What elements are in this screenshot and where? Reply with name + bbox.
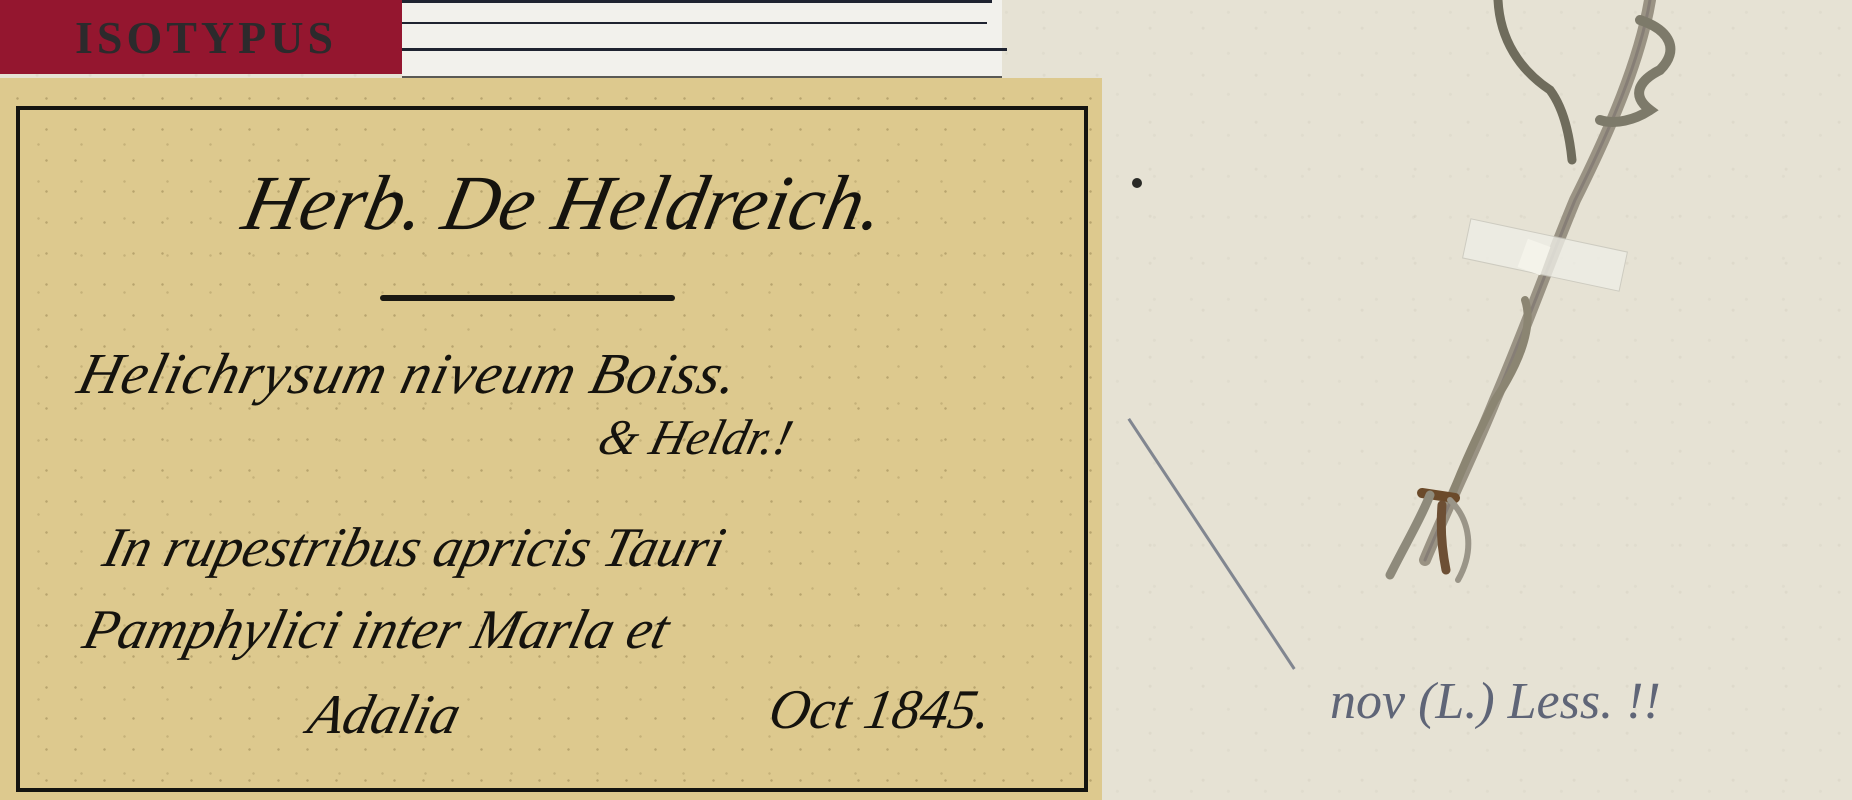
herbarium-header: Herb. De Heldreich. — [235, 158, 892, 248]
taxon-name: Helichrysum niveum Boiss. — [72, 340, 747, 407]
header-underline — [380, 295, 675, 301]
locality-line-3: Adalia — [302, 683, 467, 747]
ink-spot — [1132, 178, 1142, 188]
pencil-stroke — [1127, 418, 1295, 670]
strip-line — [402, 0, 992, 3]
stamp-text: ISOTYPUS — [65, 11, 337, 64]
strip-line — [402, 48, 1007, 51]
locality-line-1: In rupestribus apricis Tauri — [97, 516, 732, 580]
isotypus-stamp: ISOTYPUS — [0, 0, 402, 74]
herbarium-sheet: ISOTYPUS Herb. De Heldreich. Helichrysum… — [0, 0, 1852, 800]
pencil-annotation: nov (L.) Less. !! — [1330, 672, 1661, 731]
taxon-author: & Heldr.! — [593, 408, 799, 466]
strip-line — [402, 22, 987, 24]
top-barcode-strip — [402, 0, 1002, 78]
specimen-label: Herb. De Heldreich. Helichrysum niveum B… — [0, 78, 1102, 800]
locality-line-2: Pamphylici inter Marla et — [77, 598, 676, 662]
collection-date: Oct 1845. — [764, 678, 996, 742]
plant-specimen — [1350, 0, 1750, 600]
